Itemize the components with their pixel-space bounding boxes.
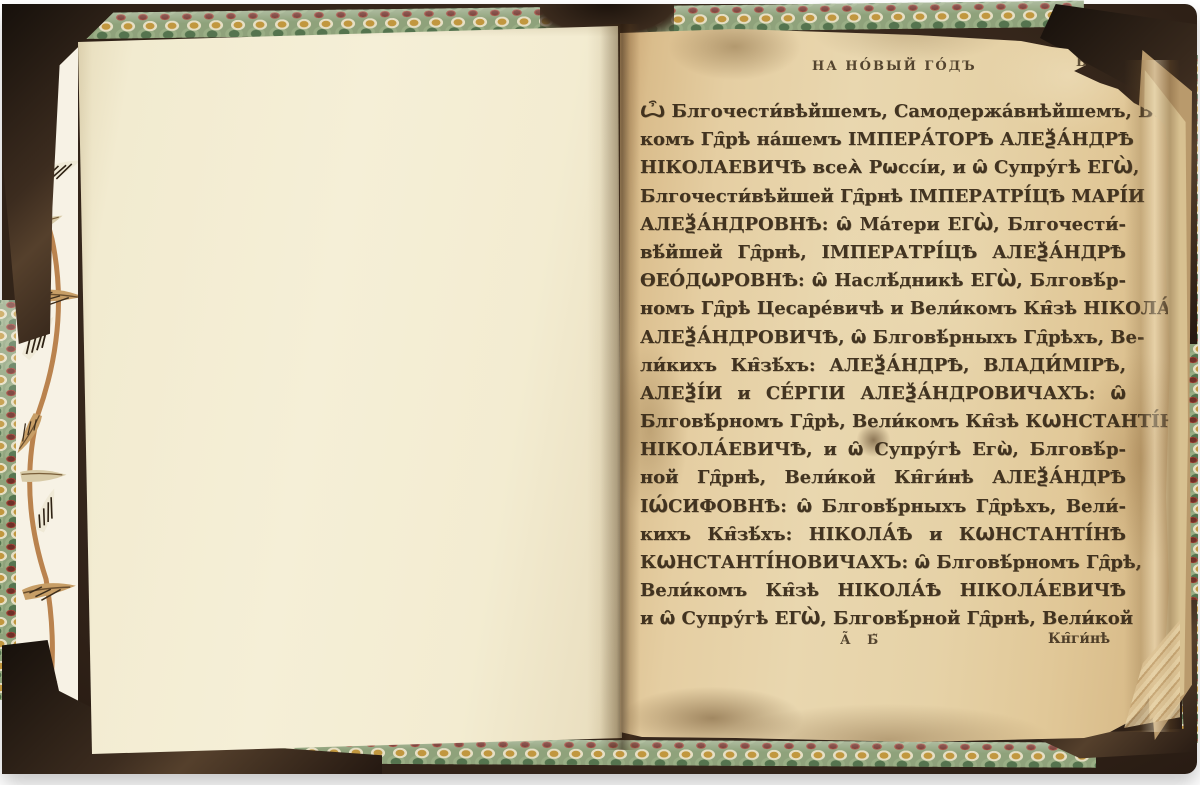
text-line: НІКОЛА́ЕВИЧѢ, и ѡ̑ Супру́гѣ Егѡ̀, Блговѣ…	[640, 436, 1126, 464]
text-line: ѲЕО́ДѠРОВНѢ: ѡ̑ Наслѣ́дникѣ ЕГѠ̀, Блговѣ…	[640, 267, 1126, 295]
text-line: и ѡ̑ Супру́гѣ ЕГѠ̀, Блговѣ́рной Гд̑рнѣ, …	[640, 605, 1126, 633]
book-photo: НА НО́ВЫЙ ГО́ДЪ Б̃ Ѽ Блгочести́вѣйшемъ, …	[0, 0, 1200, 785]
catchword: Кн̑ги́нѣ	[1048, 631, 1110, 647]
text-line: АЛЕѮА́НДРОВНѢ: ѡ̑ Ма́тери ЕГѠ̀, Блгочест…	[640, 211, 1126, 239]
text-line: Ѽ Блгочести́вѣйшемъ, Самодержа́внѣйшемъ,…	[640, 98, 1126, 126]
left-blank-page	[70, 22, 626, 758]
text-block: Ѽ Блгочести́вѣйшемъ, Самодержа́внѣйшемъ,…	[640, 98, 1126, 634]
text-line: кихъ Кн̑зѣ́хъ: НІКОЛА́Ѣ и КѠНСТАНТІ́НѢ	[640, 521, 1126, 549]
gutter-shadow	[600, 24, 640, 750]
text-line: Блговѣ́рномъ Гд̑рѣ, Вели́комъ Кн̑зѣ КѠНС…	[640, 408, 1126, 436]
text-line: КѠНСТАНТІ́НОВИЧАХЪ: ѡ̑ Блговѣ́рномъ Гд̑р…	[640, 549, 1126, 577]
running-title: НА НО́ВЫЙ ГО́ДЪ	[812, 59, 977, 74]
text-line: Вели́комъ Кн̑зѣ НІКОЛА́Ѣ НІКОЛА́ЕВИЧѢ	[640, 577, 1126, 605]
text-line: номъ Гд̑рѣ Цесаре́вичѣ и Вели́комъ Кн̑зѣ…	[640, 295, 1126, 323]
right-text-page: НА НО́ВЫЙ ГО́ДЪ Б̃ Ѽ Блгочести́вѣйшемъ, …	[616, 25, 1182, 747]
text-line: вѣ́йшей Гд̑рнѣ, ІМПЕРАТРІ́ЦѢ АЛЕѮА́НДРѢ	[640, 239, 1126, 267]
text-line: ной Гд̑рнѣ, Вели́кой Кн̑ги́нѣ АЛЕѮА́НДРѢ	[640, 464, 1126, 492]
text-line: Блгочести́вѣйшей Гд̑рнѣ ІМПЕРАТРІ́ЦѢ МАР…	[640, 183, 1126, 211]
text-line: АЛЕѮА́НДРОВИЧѢ, ѡ̑ Блговѣ́рныхъ Гд̑рѣхъ,…	[640, 324, 1126, 352]
text-line: АЛЕѮІ́И и СЕ́РГІИ АЛЕѮА́НДРОВИЧАХЪ: ѡ̑	[640, 380, 1126, 408]
text-line: комъ Гд̑рѣ на́шемъ ІМПЕРА́ТОРѢ АЛЕѮА́НДР…	[640, 126, 1126, 154]
text-line: ІѠ́СИФОВНѢ: ѡ̑ Блговѣ́рныхъ Гд̑рѣхъ, Вел…	[640, 493, 1126, 521]
signature-marks-bottom: А̃ Б̃	[840, 633, 884, 648]
text-line: ли́кихъ Кн̑зѣ́хъ: АЛЕѮА́НДРѢ, ВЛАДИ́МІРѢ…	[640, 352, 1126, 380]
text-line: НІКОЛАЕВИЧѢ всеѧ̀ Рѡссі́и, и ѡ̑ Супру́гѣ…	[640, 154, 1126, 182]
